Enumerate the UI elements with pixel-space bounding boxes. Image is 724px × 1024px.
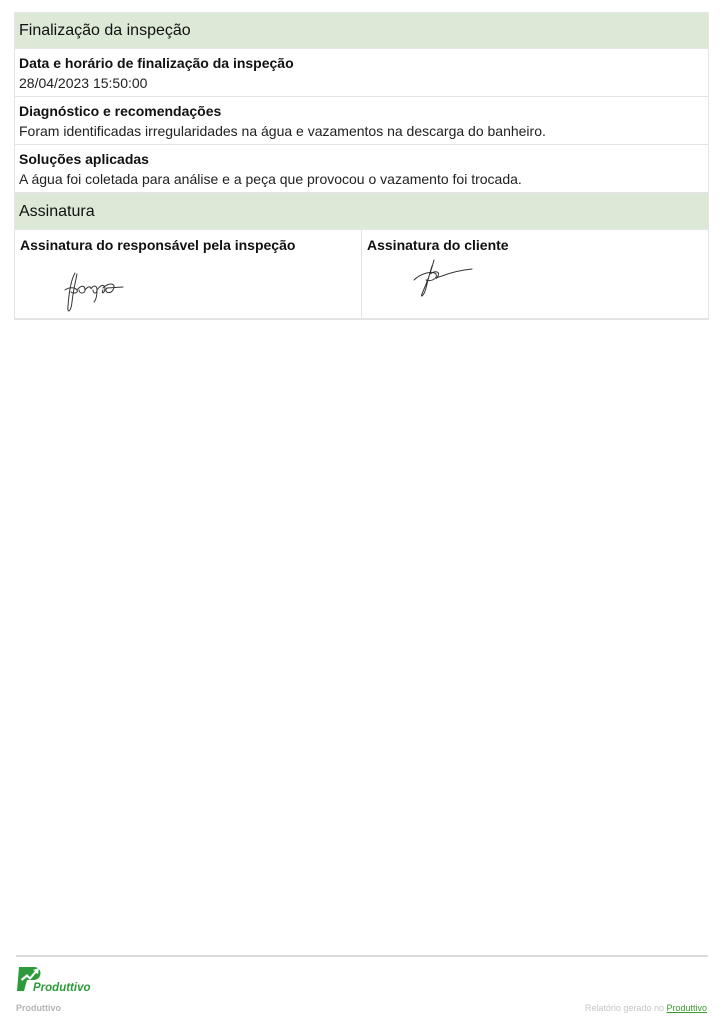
inspection-report: Finalização da inspeção Data e horário d… (14, 12, 709, 320)
footer-generated-note: Relatório gerado no Produttivo (585, 1003, 707, 1013)
inspector-signature-label: Assinatura do responsável pela inspeção (20, 236, 356, 254)
section-header-signature: Assinatura (14, 193, 709, 230)
inspector-signature-image (63, 270, 125, 316)
field-label: Soluções aplicadas (19, 150, 704, 169)
section-title: Finalização da inspeção (19, 22, 191, 40)
field-value: A água foi coletada para análise e a peç… (19, 169, 704, 189)
field-value: Foram identificadas irregularidades na á… (19, 121, 704, 141)
footer-brand: Produttivo (16, 1003, 61, 1013)
signature-row: Assinatura do responsável pela inspeção … (14, 230, 709, 320)
client-signature-cell: Assinatura do cliente (361, 230, 708, 318)
produttivo-link[interactable]: Produttivo (666, 1003, 707, 1013)
field-label: Data e horário de finalização da inspeçã… (19, 54, 704, 73)
produttivo-logo: Produttivo (16, 964, 92, 996)
field-value: 28/04/2023 15:50:00 (19, 73, 704, 93)
footer-divider (16, 955, 708, 957)
section-title: Assinatura (19, 203, 95, 221)
generated-prefix: Relatório gerado no (585, 1003, 667, 1013)
inspector-signature-cell: Assinatura do responsável pela inspeção (15, 230, 361, 318)
client-signature-image (412, 258, 474, 298)
section-header-finalization: Finalização da inspeção (14, 12, 709, 49)
field-label: Diagnóstico e recomendações (19, 102, 704, 121)
client-signature-label: Assinatura do cliente (367, 236, 703, 254)
field-finalization-datetime: Data e horário de finalização da inspeçã… (14, 49, 709, 97)
svg-text:Produttivo: Produttivo (33, 982, 91, 994)
field-diagnosis: Diagnóstico e recomendações Foram identi… (14, 97, 709, 145)
field-solutions: Soluções aplicadas A água foi coletada p… (14, 145, 709, 193)
